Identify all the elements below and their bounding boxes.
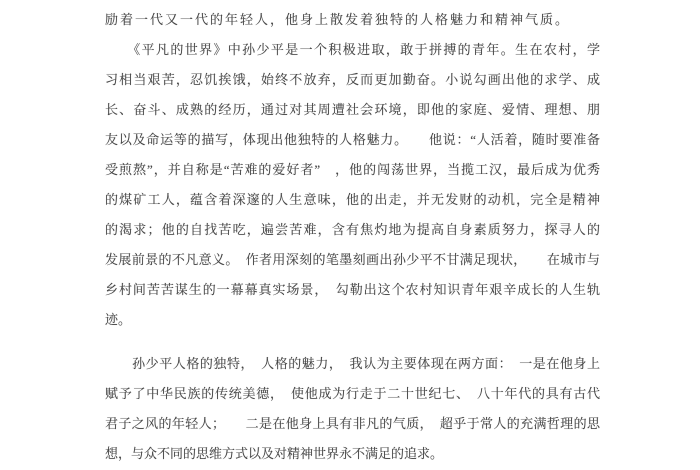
text-line: 习相当艰苦，忍饥挨饿，始终不放弃，反而更加勤奋。小说勾画出他的求学、成 — [105, 65, 600, 95]
text-line: 乡村间苦苦谋生的一幕幕真实场景， 勾勒出这个农村知识青年艰辛成长的人生轨 — [105, 275, 600, 305]
text-line: 发展前景的不凡意义。 作者用深刻的笔墨刻画出孙少平不甘满足现状， 在城市与 — [105, 245, 600, 275]
text-line: 友以及命运等的描写，体现出他独特的人格魅力。 他说：“人活着，随时要准备 — [105, 125, 600, 155]
text-line: 励着一代又一代的年轻人，他身上散发着独特的人格魅力和精神气质。 — [105, 5, 600, 35]
text-line: 的煤矿工人，蕴含着深邃的人生意味，他的出走，并无发财的动机，完全是精神 — [105, 185, 600, 215]
text-line: 君子之风的年轻人； 二是在他身上具有非凡的气质， 超乎于常人的充满哲理的思 — [105, 409, 600, 439]
text-block: 励着一代又一代的年轻人，他身上散发着独特的人格魅力和精神气质。 《平凡的世界》中… — [105, 5, 600, 469]
text-line: 孙少平人格的独特， 人格的魅力， 我认为主要体现在两方面： 一是在他身上 — [105, 349, 600, 379]
text-line: 想，与众不同的思维方式以及对精神世界永不满足的追求。 — [105, 439, 600, 469]
text-line: 赋予了中华民族的传统美德， 使他成为行走于二十世纪七、 八十年代的具有古代 — [105, 379, 600, 409]
paragraph-2: 孙少平人格的独特， 人格的魅力， 我认为主要体现在两方面： 一是在他身上 赋予了… — [105, 349, 600, 469]
text-line: 的渴求；他的自找苦吃，遍尝苦难，含有焦灼地为提高自身素质努力，探寻人的 — [105, 215, 600, 245]
text-line: 《平凡的世界》中孙少平是一个积极进取，敢于拼搏的青年。生在农村，学 — [105, 35, 600, 65]
document-page: 励着一代又一代的年轻人，他身上散发着独特的人格魅力和精神气质。 《平凡的世界》中… — [0, 0, 700, 470]
text-line: 长、奋斗、成熟的经历，通过对其周遭社会环境，即他的家庭、爱情、理想、朋 — [105, 95, 600, 125]
paragraph-1: 励着一代又一代的年轻人，他身上散发着独特的人格魅力和精神气质。 《平凡的世界》中… — [105, 5, 600, 335]
text-line: 迹。 — [105, 305, 600, 335]
text-line: 受煎熬”，并自称是“苦难的爱好者” ，他的闯荡世界，当揽工汉，最后成为优秀 — [105, 155, 600, 185]
